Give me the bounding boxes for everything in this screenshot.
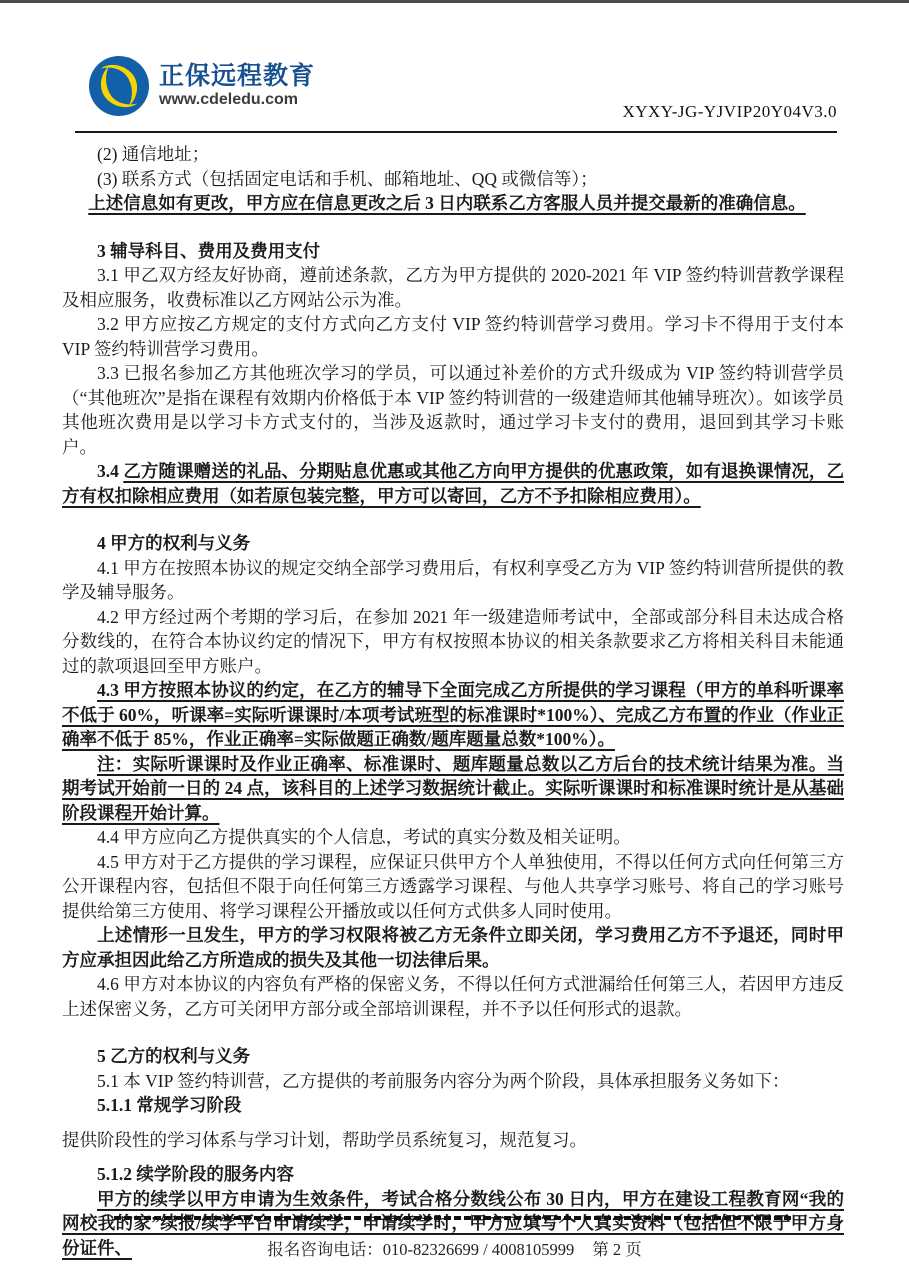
footer-text: 报名咨询电话：010-82326699 / 4008105999第 2 页 [0, 1236, 909, 1260]
cdel-logo-icon [88, 55, 150, 117]
page-indicator: 第 2 页 [592, 1240, 642, 1259]
document-body: (2) 通信地址；(3) 联系方式（包括固定电话和手机、邮箱地址、QQ 或微信等… [62, 142, 844, 1260]
clause-5-1: 5.1 本 VIP 签约特训营，乙方提供的考前服务内容分为两个阶段，具体承担服务… [62, 1069, 844, 1094]
clause-3-3: 3.3 已报名参加乙方其他班次学习的学员，可以通过补差价的方式升级成为 VIP … [62, 361, 844, 459]
clause-5-1-1-desc: 提供阶段性的学习体系与学习计划，帮助学员系统复习，规范复习。 [62, 1128, 844, 1153]
brand-name: 正保远程教育 [159, 63, 315, 89]
item-3-contact-info: (3) 联系方式（包括固定电话和手机、邮箱地址、QQ 或微信等）； [62, 167, 844, 192]
document-code: XYXY-JG-YJVIP20Y04V3.0 [622, 102, 837, 122]
brand-url: www.cdeledu.com [159, 92, 315, 109]
brand-logo: 正保远程教育 www.cdeledu.com [88, 55, 315, 117]
clause-4-3: 4.3 甲方按照本协议的约定，在乙方的辅导下全面完成乙方所提供的学习课程（甲方的… [62, 678, 844, 752]
page-top-border [0, 0, 909, 3]
clause-4-4: 4.4 甲方应向乙方提供真实的个人信息，考试的真实分数及相关证明。 [62, 825, 844, 850]
hotline-numbers: 010-82326699 / 4008105999 [383, 1240, 575, 1259]
item-2-mailing-address: (2) 通信地址； [62, 142, 844, 167]
clause-4-2: 4.2 甲方经过两个考期的学习后，在参加 2021 年一级建造师考试中，全部或部… [62, 605, 844, 679]
notice-info-change: 上述信息如有更改，甲方应在信息更改之后 3 日内联系乙方客服人员并提交最新的准确… [62, 191, 844, 216]
clause-4-6: 4.6 甲方对本协议的内容负有严格的保密义务，不得以任何方式泄漏给任何第三人，若… [62, 972, 844, 1021]
clause-3-4: 3.4 乙方随课赠送的礼品、分期贴息优惠或其他乙方向甲方提供的优惠政策，如有退换… [62, 459, 844, 508]
clause-4-5: 4.5 甲方对于乙方提供的学习课程，应保证只供甲方个人单独使用，不得以任何方式向… [62, 850, 844, 924]
header-divider [75, 131, 837, 133]
clause-3-1: 3.1 甲乙双方经友好协商，遵前述条款，乙方为甲方提供的 2020-2021 年… [62, 263, 844, 312]
clause-4-3-note: 注：实际听课课时及作业正确率、标准课时、题库题量总数以乙方后台的技术统计结果为准… [62, 752, 844, 826]
hotline-label: 报名咨询电话： [267, 1240, 383, 1259]
clause-3-2: 3.2 甲方应按乙方规定的支付方式向乙方支付 VIP 签约特训营学习费用。学习卡… [62, 312, 844, 361]
contract-page: 正保远程教育 www.cdeledu.com XYXY-JG-YJVIP20Y0… [0, 0, 909, 1285]
heading-section-5: 5 乙方的权利与义务 [62, 1044, 844, 1069]
heading-5-1-2: 5.1.2 续学阶段的服务内容 [62, 1162, 844, 1187]
clause-4-1: 4.1 甲方在按照本协议的规定交纳全部学习费用后，有权利享受乙方为 VIP 签约… [62, 556, 844, 605]
footer-divider [114, 1216, 794, 1220]
heading-section-4: 4 甲方的权利与义务 [62, 531, 844, 556]
clause-4-5-warning: 上述情形一旦发生，甲方的学习权限将被乙方无条件立即关闭，学习费用乙方不予退还，同… [62, 923, 844, 972]
heading-5-1-1: 5.1.1 常规学习阶段 [62, 1093, 844, 1118]
heading-section-3: 3 辅导科目、费用及费用支付 [62, 239, 844, 264]
